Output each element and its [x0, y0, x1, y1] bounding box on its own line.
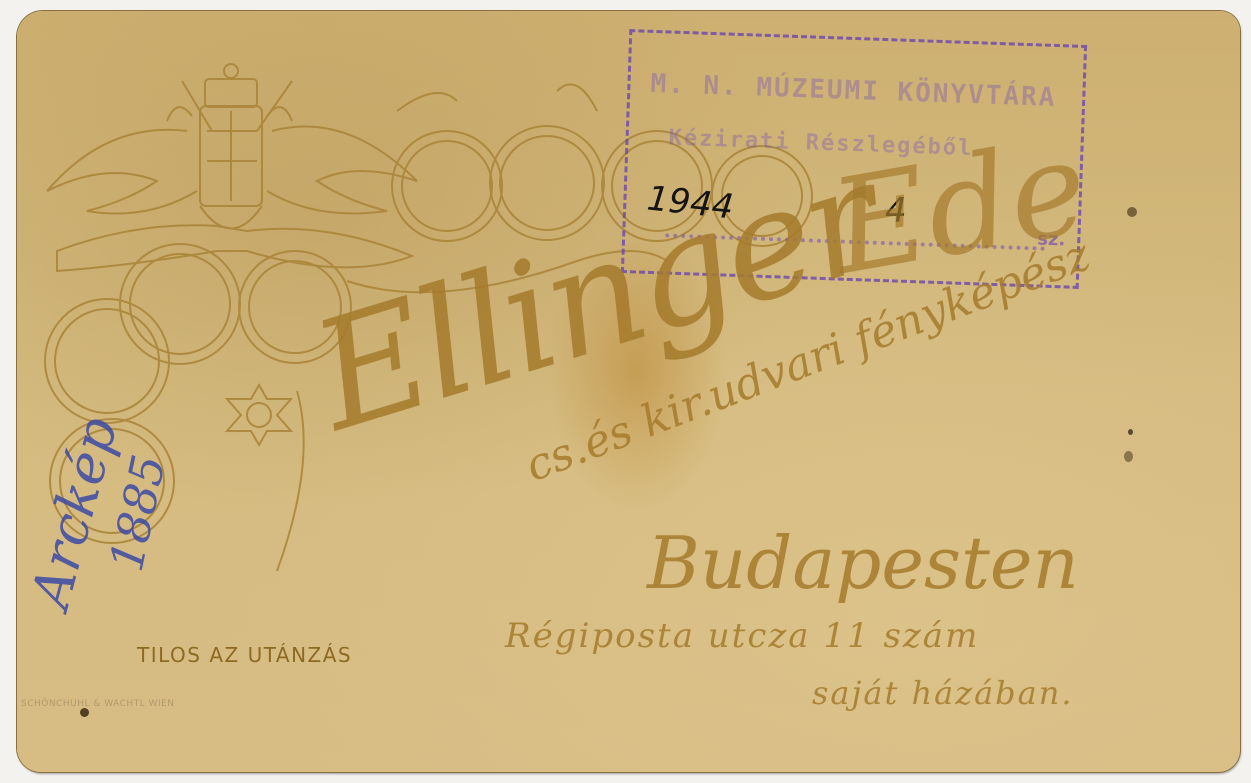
ink-spot: [1127, 207, 1137, 217]
photographer-city: Budapesten: [647, 521, 1079, 605]
ink-spot: [80, 708, 89, 717]
photo-card-back: M. N. MÚZEUMI KÖNYVTÁRA Kézirati Részleg…: [17, 11, 1240, 772]
printer-credit: SCHÖNCHUHL & WACHTL WIEN: [21, 699, 175, 709]
ink-spot: [1124, 451, 1133, 462]
reproduction-notice: TILOS AZ UTÁNZÁS: [137, 643, 352, 667]
ink-spot: [1128, 429, 1133, 435]
studio-address-note: saját házában.: [812, 674, 1074, 712]
stamp-line-1: M. N. MÚZEUMI KÖNYVTÁRA: [650, 69, 1057, 113]
studio-address: Régiposta utcza 11 szám: [505, 616, 979, 656]
